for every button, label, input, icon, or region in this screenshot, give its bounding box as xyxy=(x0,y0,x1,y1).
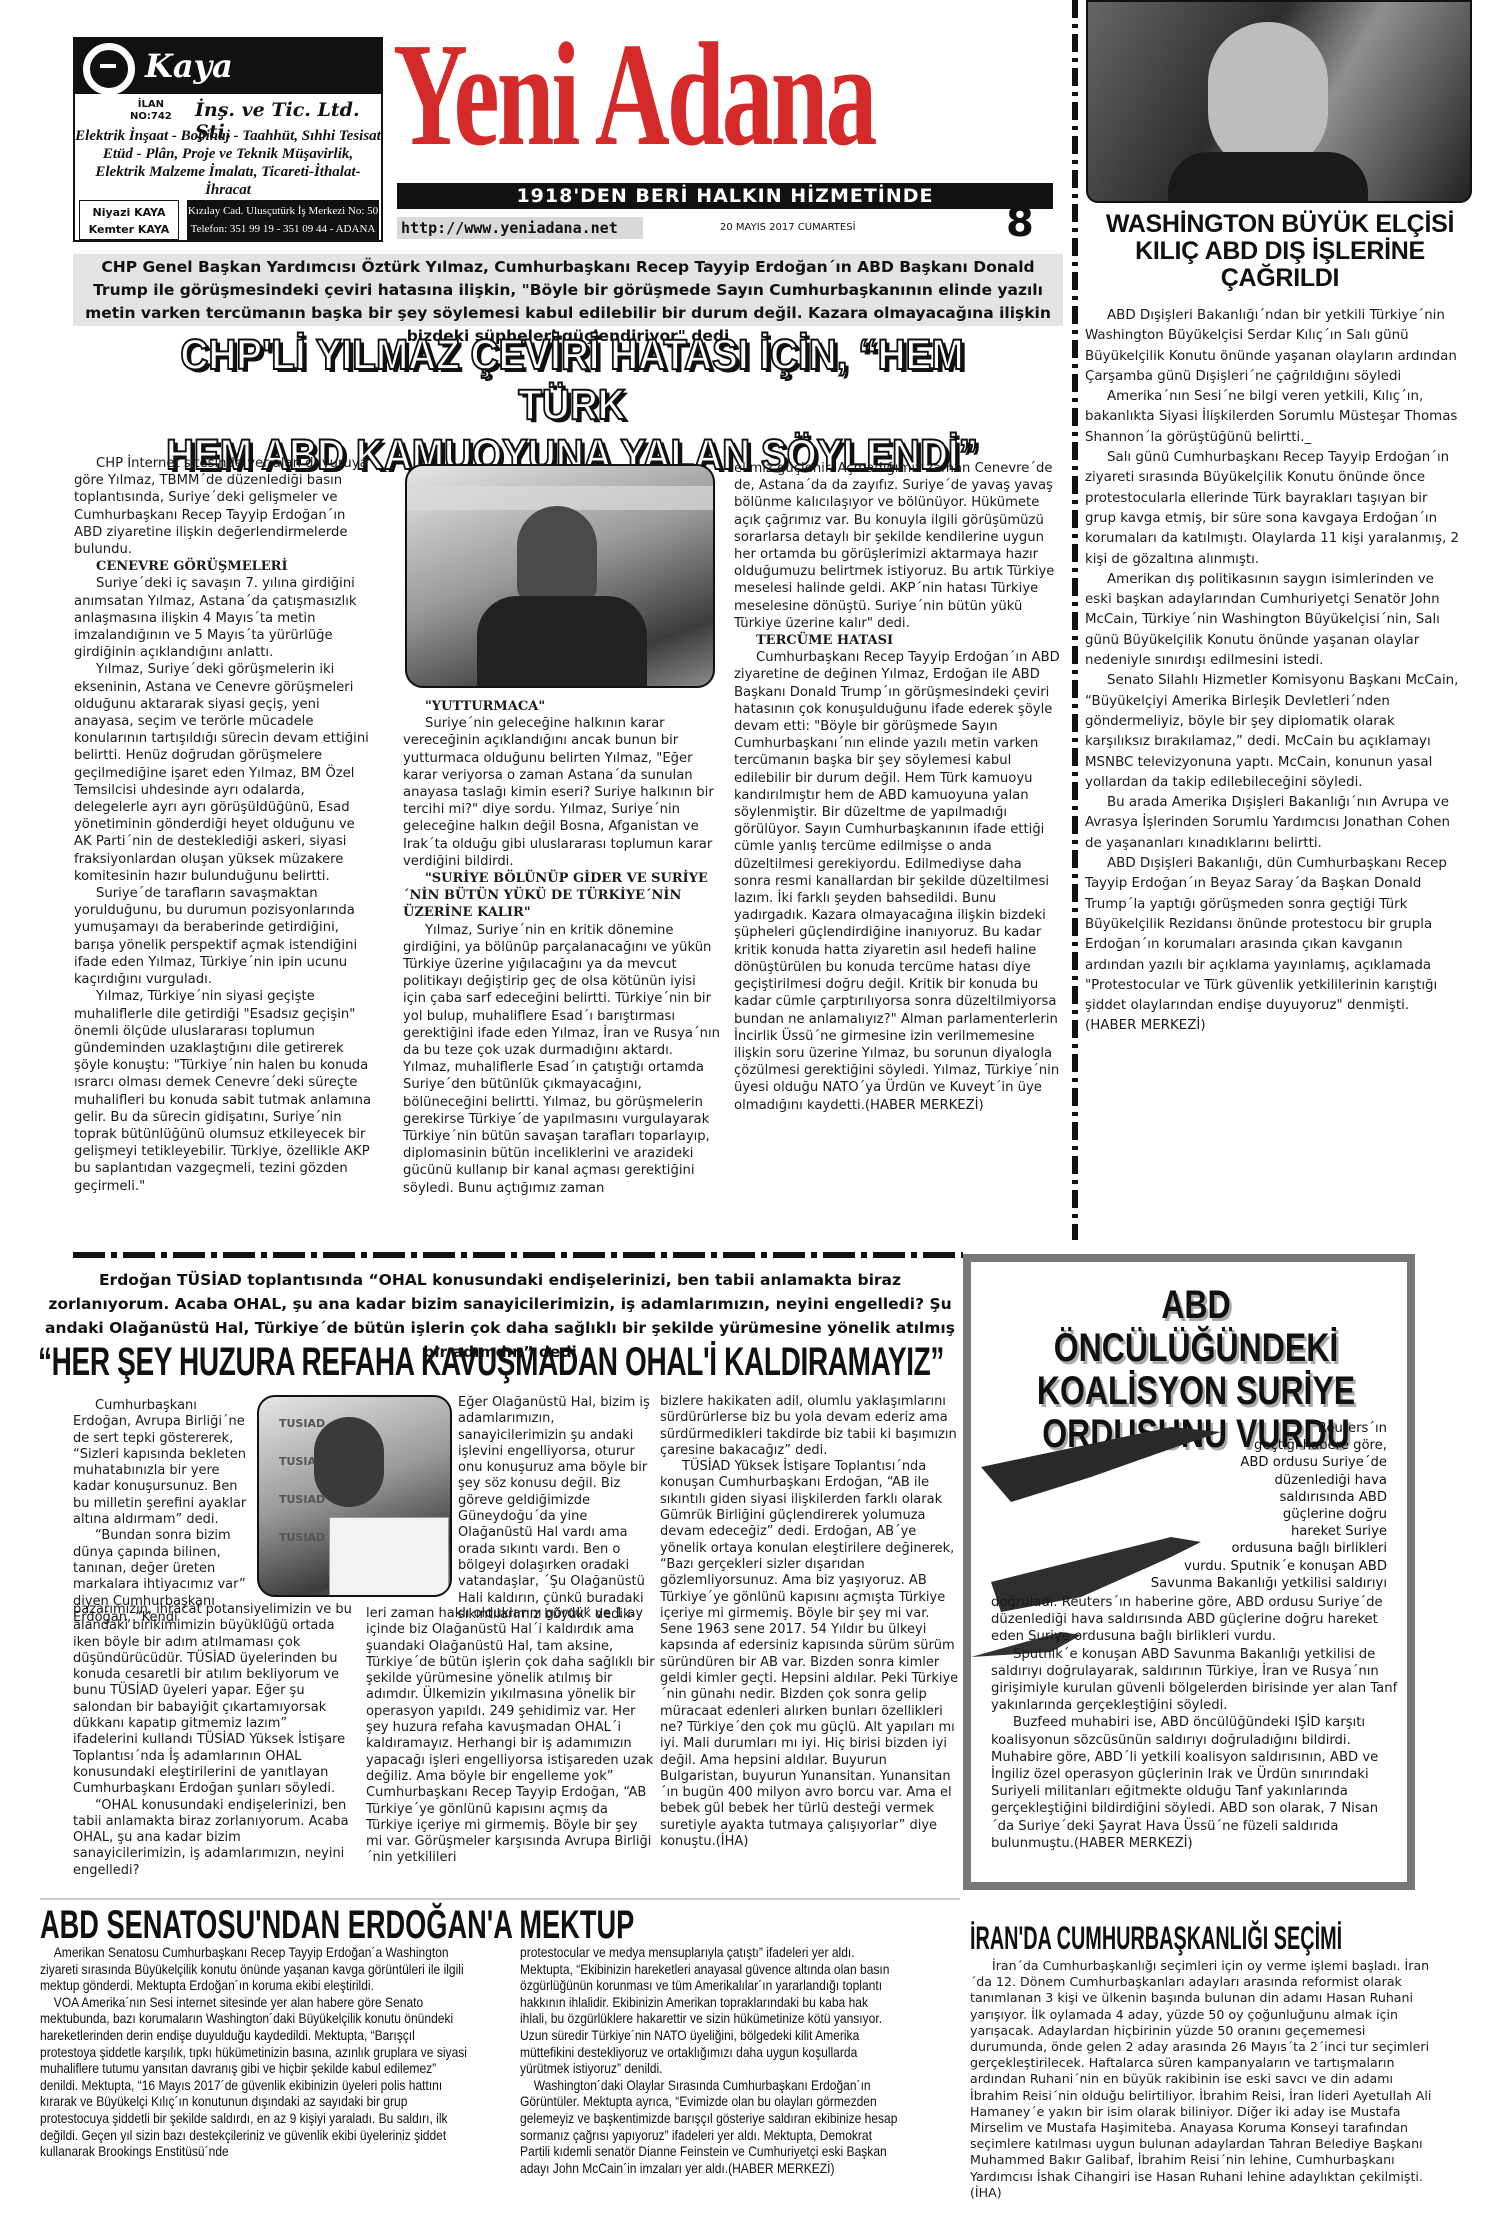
paragraph: Yılmaz, Suriye´deki görüşmelerin iki eks… xyxy=(74,661,374,885)
paragraph: doğruladı. Reuters´ın haberine göre, ABD… xyxy=(991,1594,1401,1646)
coalition-story-intro: Reuters´ıngeçtiği habere göre,ABD ordusu… xyxy=(1087,1420,1387,1592)
senate-column-1: Amerikan Senatosu Cumhurbaşkanı Recep Ta… xyxy=(40,1944,470,2160)
ad-ilan-number: İLANNO:742 xyxy=(130,99,172,123)
subheading: TERCÜME HATASI xyxy=(734,632,1060,649)
iran-story-body: İran´da Cumhurbaşkanlığı seçimleri için … xyxy=(970,1958,1432,2201)
text-line: güçlerine doğru xyxy=(1087,1506,1387,1523)
subheading: CENEVRE GÖRÜŞMELERİ xyxy=(74,558,374,575)
ohal-headline: “HER ŞEY HUZURA REFAHA KAVUŞMADAN OHAL'İ… xyxy=(38,1338,941,1386)
ad-address: Kızılay Cad. Ulusçutürk İş Merkezi No: 5… xyxy=(187,200,379,240)
paragraph: TÜSİAD Yüksek İstişare Toplantısı´nda ko… xyxy=(660,1459,960,1850)
main-story-deck: CHP Genel Başkan Yardımcısı Öztürk Yılma… xyxy=(73,254,1063,326)
paragraph: protestocular ve medya mensuplarıyla çat… xyxy=(520,1944,898,2077)
ohal-column-1-bottom: pazarımızın, ihracat potansiyelimizin ve… xyxy=(73,1602,355,1879)
paragraph: Senato Silahlı Hizmetler Komisyonu Başka… xyxy=(1085,671,1460,793)
senate-headline: ABD SENATOSU'NDAN ERDOĞAN'A MEKTUP xyxy=(40,1902,924,1948)
text-line: ordusuna bağlı birlikleri xyxy=(1087,1540,1387,1557)
ad-company-bar: Kaya Elektrik xyxy=(75,39,381,94)
paragraph: ABD Dışişleri Bakanlığı, dün Cumhurbaşka… xyxy=(1085,854,1460,1037)
paragraph: bizlere hakikaten adil, olumlu yaklaşıml… xyxy=(660,1394,960,1459)
paragraph: Buzfeed muhabiri ise, ABD öncülüğündeki … xyxy=(991,1714,1401,1852)
text-line: ABD ordusu Suriye´de xyxy=(1087,1454,1387,1471)
text-line: Savunma Bakanlığı yetkilisi saldırıyı xyxy=(1087,1575,1387,1592)
ad-services: Elektrik İnşaat - Bobinaj - Taahhüt, Sıh… xyxy=(75,127,381,199)
paragraph: Sputnik´e konuşan ABD Savunma Bakanlığı … xyxy=(991,1646,1401,1715)
subheading: "SURİYE BÖLÜNÜP GİDER VE SURİYE´NİN BÜTÜ… xyxy=(403,870,721,922)
paragraph: Yılmaz, Suriye´nin en kritik dönemine gi… xyxy=(403,922,721,1197)
text-line: düzenlediği hava xyxy=(1087,1472,1387,1489)
yilmaz-photo xyxy=(405,464,715,688)
paragraph: Cumhurbaşkanı Recep Tayyip Erdoğan´ın AB… xyxy=(734,649,1060,1113)
ohal-column-3: bizlere hakikaten adil, olumlu yaklaşıml… xyxy=(660,1394,960,1850)
paragraph: Amerikan dış politikasının saygın isimle… xyxy=(1085,570,1460,671)
paragraph: elimiz güçlenir. Açmadığımız zaman Cenev… xyxy=(734,460,1060,632)
text-line: Reuters´ın xyxy=(1087,1420,1387,1437)
column-divider xyxy=(1072,0,1078,1240)
coalition-story-box: ABD ÖNCÜLÜĞÜNDEKİ KOALİSYON SURİYE ORDUS… xyxy=(963,1254,1415,1890)
coalition-story-body: doğruladı. Reuters´ın haberine göre, ABD… xyxy=(991,1594,1401,1852)
main-story-column-2: "YUTTURMACA"Suriye´nin geleceğine halkın… xyxy=(403,698,721,1197)
ohal-column-2-top: Eğer Olağanüstü Hal, bizim iş adamlarımı… xyxy=(458,1395,658,1623)
ad-owner-names: Niyazi KAYAKemter KAYA xyxy=(79,200,179,240)
washington-story-body: ABD Dışişleri Bakanlığı´ndan bir yetkili… xyxy=(1085,306,1460,1037)
paragraph: Bu arada Amerika Dışişleri Bakanlığı´nın… xyxy=(1085,793,1460,854)
paragraph: Washington´daki Olaylar Sırasında Cumhur… xyxy=(520,2077,898,2177)
paragraph: Salı günü Cumhurbaşkanı Recep Tayyip Erd… xyxy=(1085,448,1460,570)
iran-headline: İRAN'DA CUMHURBAŞKANLIĞI SEÇİMİ xyxy=(970,1920,1466,1956)
section-divider xyxy=(73,1252,963,1258)
newspaper-logo: Yeni Adana xyxy=(393,20,875,170)
e-logo-icon xyxy=(83,43,135,95)
page-number: 8 xyxy=(1006,203,1034,243)
paragraph: Yılmaz, Türkiye´nin siyasi geçişte muhal… xyxy=(74,988,374,1194)
main-story-column-1: CHP İnternet sitesinde yer alan duyuruya… xyxy=(74,455,374,1195)
text-line: saldırısında ABD xyxy=(1087,1489,1387,1506)
paragraph: CHP İnternet sitesinde yer alan duyuruya… xyxy=(74,455,374,558)
paragraph: Suriye´de tarafların savaşmaktan yoruldu… xyxy=(74,885,374,988)
masthead-motto: 1918'DEN BERİ HALKIN HİZMETİNDE xyxy=(397,183,1053,209)
divider xyxy=(40,1898,960,1900)
text-line: hareket Suriye xyxy=(1087,1523,1387,1540)
issue-date: 20 MAYIS 2017 CUMARTESİ xyxy=(720,222,856,233)
subheading: "YUTTURMACA" xyxy=(403,698,721,715)
washington-headline: WASHİNGTON BÜYÜK ELÇİSİ KILIÇ ABD DIŞ İŞ… xyxy=(1088,211,1472,292)
main-story-column-3: elimiz güçlenir. Açmadığımız zaman Cenev… xyxy=(734,460,1060,1114)
senate-column-2-body: protestocular ve medya mensuplarıyla çat… xyxy=(520,1944,898,2176)
paragraph: Amerika´nın Sesi´ne bilgi veren yetkili,… xyxy=(1085,387,1460,448)
erdogan-tusiad-photo: TUSIADTUSIADTUSIADTUSIAD xyxy=(257,1395,452,1597)
text-line: geçtiği habere göre, xyxy=(1087,1437,1387,1454)
paragraph: Suriye´nin geleceğine halkının karar ver… xyxy=(403,715,721,870)
ambassador-photo xyxy=(1086,0,1472,203)
text-line: vurdu. Sputnik´e konuşan ABD xyxy=(1087,1558,1387,1575)
kaya-elektrik-ad: Kaya Elektrik İLANNO:742 İnş. ve Tic. Lt… xyxy=(73,37,383,242)
paragraph: ABD Dışişleri Bakanlığı´ndan bir yetkili… xyxy=(1085,306,1460,387)
paragraph: Suriye´deki iç savaşın 7. yılına girdiği… xyxy=(74,575,374,661)
ohal-column-1-top: Cumhurbaşkanı Erdoğan, Avrupa Birliği´ne… xyxy=(73,1398,255,1626)
website-link[interactable]: http://www.yeniadana.net xyxy=(397,217,643,239)
ohal-column-2-bottom: leri zaman haklı olduklarını gördük ve 1… xyxy=(366,1606,658,1867)
